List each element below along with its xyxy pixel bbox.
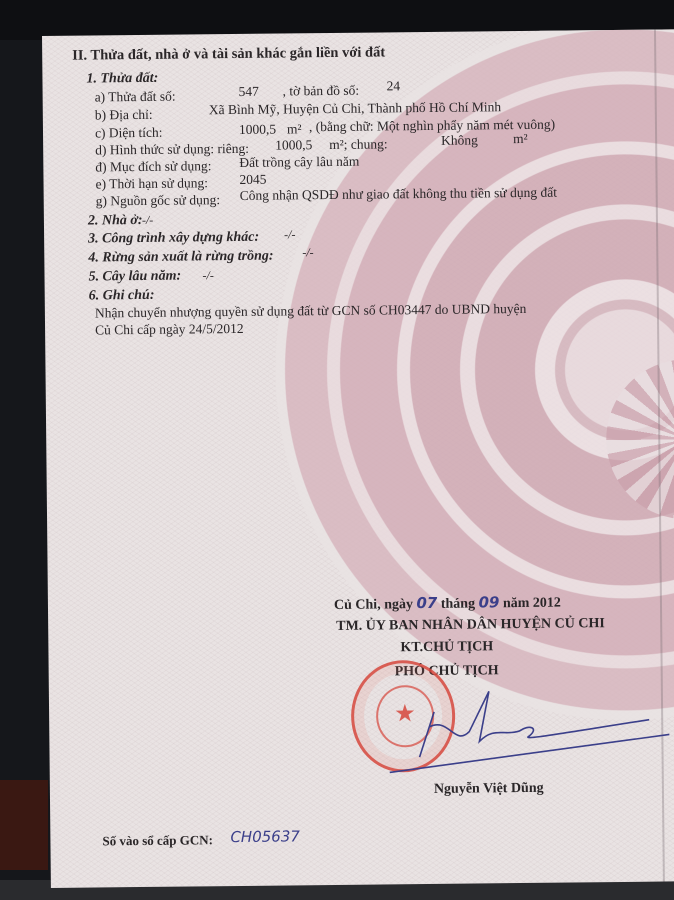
signer-name: Nguyễn Việt Dũng [434,781,544,798]
purpose-label: đ) Mục đích sử dụng: [95,158,211,175]
parcel-number: 547 [239,84,259,100]
origin-label: g) Nguồn gốc sử dụng: [96,192,220,209]
purpose-value: Đất trồng cây lâu năm [239,154,359,171]
registry-label: Số vào sổ cấp GCN: [102,832,213,849]
item-planted-forest-label: 4. Rừng sản xuất là rừng trồng: [88,249,273,267]
origin-value: Công nhận QSDĐ như giao đất không thu ti… [240,185,557,204]
area-unit: m² [287,121,302,137]
map-sheet-number: 24 [386,78,400,94]
shared-unit: m² [513,131,528,147]
date-month-label: tháng [441,596,475,611]
date-prefix: Củ Chi, ngày [334,597,413,613]
notes-line-2: Củ Chi cấp ngày 24/5/2012 [95,321,244,339]
term-label: e) Thời hạn sử dụng: [95,175,208,192]
handwritten-signature [379,684,674,777]
shared-area: Không [441,132,478,148]
certificate-page: II. Thửa đất, nhà ở và tài sản khác gắn … [42,29,674,888]
private-unit: m²; chung: [329,136,388,153]
address-value: Xã Bình Mỹ, Huyện Củ Chi, Thành phố Hồ C… [209,99,501,118]
signing-date: Củ Chi, ngày 07 tháng 09 năm 2012 [334,593,561,614]
item-house-label: 2. Nhà ở: [88,213,143,230]
private-area: 1000,5 [275,137,312,153]
item-perennial-trees-value: -/- [202,268,213,283]
item-planted-forest-value: -/- [302,245,313,260]
date-year: năm 2012 [503,596,561,612]
date-day: 07 [416,594,437,612]
certificate-content: II. Thửa đất, nhà ở và tài sản khác gắn … [42,29,674,888]
map-sheet-label: , tờ bản đồ số: [283,83,360,100]
signer-position-1: KT.CHỦ TỊCH [400,639,493,656]
date-month: 09 [478,593,499,611]
issuing-authority: TM. ỦY BAN NHÂN DÂN HUYỆN CỦ CHI [336,616,605,635]
section-title: II. Thửa đất, nhà ở và tài sản khác gắn … [72,44,385,64]
background-table-edge [0,780,48,870]
item-house-value: -/- [142,213,153,228]
notes-heading: 6. Ghi chú: [89,288,155,305]
item-other-construction-value: -/- [284,227,295,242]
area-label: c) Diện tích: [95,125,163,142]
term-value: 2045 [239,172,266,188]
registry-number: CH05637 [230,827,300,846]
item-other-construction-label: 3. Công trình xây dựng khác: [88,230,259,248]
usage-form-label: d) Hình thức sử dụng: riêng: [95,141,249,159]
land-parcel-heading: 1. Thửa đất: [86,71,158,88]
parcel-number-label: a) Thửa đất số: [95,89,176,106]
item-perennial-trees-label: 5. Cây lâu năm: [88,269,181,286]
area-value: 1000,5 [239,122,276,138]
notes-line-1: Nhận chuyển nhượng quyền sử dụng đất từ … [95,301,527,322]
address-label: b) Địa chỉ: [95,107,153,124]
